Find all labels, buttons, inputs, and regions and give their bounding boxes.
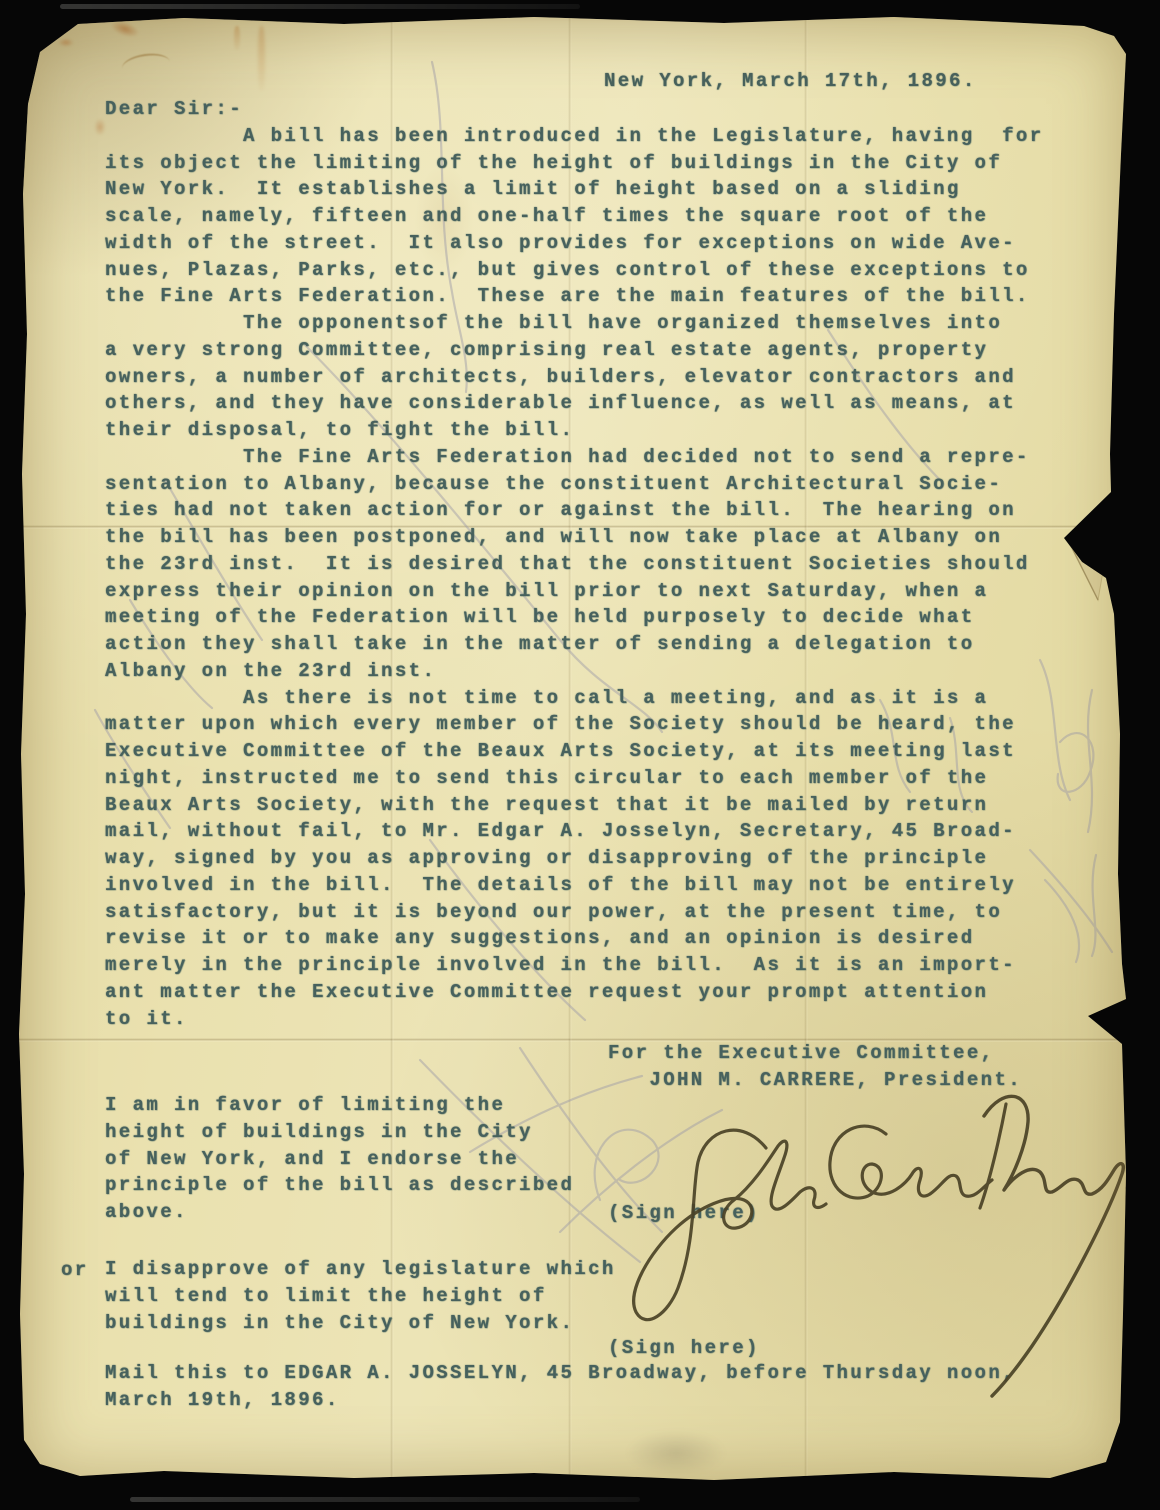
letter-line: revise it or to make any suggestions, an… — [105, 925, 1044, 952]
letter-line: Beaux Arts Society, with the request tha… — [105, 792, 1044, 819]
letter-line: to it. — [105, 1006, 1044, 1033]
letter-line: a very strong Committee, comprising real… — [105, 337, 1044, 364]
letter-line: express their opinion on the bill prior … — [105, 578, 1044, 605]
paper-scar — [121, 51, 172, 79]
disapprove-option-text: I disapprove of any legislature whichwil… — [105, 1256, 616, 1336]
letter-line: Albany on the 23rd inst. — [105, 658, 1044, 685]
letter-line: Executive Committee of the Beaux Arts So… — [105, 738, 1044, 765]
letter-line: involved in the bill. The details of the… — [105, 872, 1044, 899]
letter-body: Dear Sir:- A bill has been introduced in… — [105, 96, 1044, 1032]
letter-line: principle of the bill as described — [105, 1172, 574, 1199]
letter-line: way, signed by you as approving or disap… — [105, 845, 1044, 872]
letter-line: of New York, and I endorse the — [105, 1146, 574, 1173]
sign-here-label-2: (Sign here) — [608, 1335, 760, 1362]
rust-streak — [234, 26, 240, 50]
letter-page: New York, March 17th, 1896. Dear Sir:- A… — [14, 14, 1136, 1490]
letter-line: March 19th, 1896. — [105, 1387, 1016, 1414]
scan-artifact-top — [60, 4, 580, 9]
letter-line: the 23rd inst. It is desired that the co… — [105, 551, 1044, 578]
letter-line: nues, Plazas, Parks, etc., but gives con… — [105, 257, 1044, 284]
letter-line: their disposal, to fight the bill. — [105, 417, 1044, 444]
letter-line: will tend to limit the height of — [105, 1283, 616, 1310]
letter-line: I disapprove of any legislature which — [105, 1256, 616, 1283]
favor-option-text: I am in favor of limiting theheight of b… — [105, 1092, 574, 1226]
letter-line: others, and they have considerable influ… — [105, 390, 1044, 417]
letter-line: owners, a number of architects, builders… — [105, 364, 1044, 391]
letter-line: matter upon which every member of the So… — [105, 711, 1044, 738]
letter-line: For the Executive Committee, — [608, 1040, 1022, 1067]
letter-line: A bill has been introduced in the Legisl… — [105, 123, 1044, 150]
rust-stain — [109, 18, 142, 41]
or-label: or — [61, 1257, 89, 1284]
letter-line: width of the street. It also provides fo… — [105, 230, 1044, 257]
letter-line: the bill has been postponed, and will no… — [105, 524, 1044, 551]
rust-streak — [258, 26, 265, 90]
letter-line: New York. It establishes a limit of heig… — [105, 176, 1044, 203]
letter-line: buildings in the City of New York. — [105, 1310, 616, 1337]
letter-line: JOHN M. CARRERE, President. — [608, 1067, 1022, 1094]
letter-line: ties had not taken action for or against… — [105, 497, 1044, 524]
smudge-stain — [626, 1430, 726, 1476]
letter-line: height of buildings in the City — [105, 1119, 574, 1146]
letter-line: its object the limiting of the height of… — [105, 150, 1044, 177]
letter-line: merely in the principle involved in the … — [105, 952, 1044, 979]
mail-instruction: Mail this to EDGAR A. JOSSELYN, 45 Broad… — [105, 1360, 1016, 1414]
letter-line: scale, namely, fifteen and one-half time… — [105, 203, 1044, 230]
date-line: New York, March 17th, 1896. — [604, 68, 977, 95]
letter-line: night, instructed me to send this circul… — [105, 765, 1044, 792]
letter-line: Mail this to EDGAR A. JOSSELYN, 45 Broad… — [105, 1360, 1016, 1387]
letter-line: above. — [105, 1199, 574, 1226]
sign-here-label-1: (Sign here) — [608, 1200, 760, 1227]
letter-line: The opponentsof the bill have organized … — [105, 310, 1044, 337]
scan-artifact-bottom — [130, 1497, 640, 1502]
letter-line: meeting of the Federation will be held p… — [105, 604, 1044, 631]
letter-line: sentation to Albany, because the constit… — [105, 471, 1044, 498]
letter-line: As there is not time to call a meeting, … — [105, 685, 1044, 712]
letter-line: I am in favor of limiting the — [105, 1092, 574, 1119]
letter-line: mail, without fail, to Mr. Edgar A. Joss… — [105, 818, 1044, 845]
rust-stain — [58, 38, 74, 47]
letter-line: ant matter the Executive Committee reque… — [105, 979, 1044, 1006]
letter-line: Dear Sir:- — [105, 96, 1044, 123]
scan-background: { "letter": { "date_line": "New York, Ma… — [0, 0, 1160, 1510]
closing-block: For the Executive Committee, JOHN M. CAR… — [608, 1040, 1022, 1094]
letter-line: the Fine Arts Federation. These are the … — [105, 283, 1044, 310]
letter-line: action they shall take in the matter of … — [105, 631, 1044, 658]
letter-line: The Fine Arts Federation had decided not… — [105, 444, 1044, 471]
letter-line: satisfactory, but it is beyond our power… — [105, 899, 1044, 926]
